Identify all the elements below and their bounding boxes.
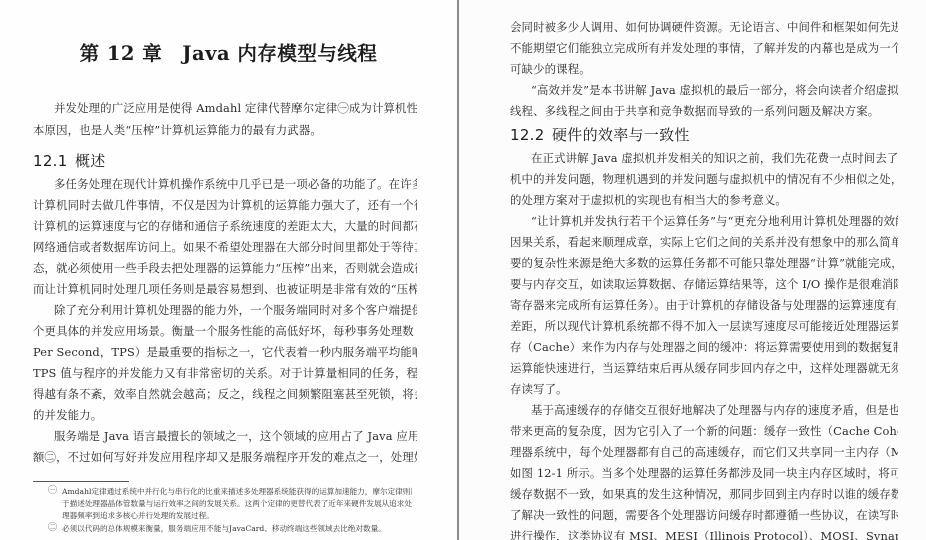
body-line: 额㊁，不过如何写好并发应用程序却又是服务端程序开发的难点之一，处理好并发方面的问 <box>33 450 417 464</box>
body-line: Per Second，TPS）是最重要的指标之一，它代表着一秒内服务端平均能响应… <box>33 345 417 359</box>
body-line: 寄存器来完成所有运算任务）。由于计算机的存储设备与处理器的运算速度有几个数量级的 <box>510 298 898 312</box>
body-line: 的并发能力。 <box>33 408 417 422</box>
body-line: 带来更高的复杂度，因为它引入了一个新的问题：缓存一致性（Cache Cohere… <box>510 424 898 438</box>
body-line: 服务端是 Java 语言最擅长的领域之一，这个领域的应用占了 Java 应用中最… <box>33 429 417 443</box>
body-line: 机中的并发问题，物理机遇到的并发问题与虚拟机中的情况有不少相似之处，物理机对并发 <box>510 172 898 186</box>
section-number: 12.2 <box>510 126 552 144</box>
chapter-title: 第 12 章 Java 内存模型与线程 <box>0 38 457 66</box>
section-number: 12.1 <box>33 152 75 170</box>
body-line: 基于高速缓存的存储交互很好地解决了处理器与内存的速度矛盾，但是也为计算机系统 <box>510 403 898 417</box>
body-line: 多任务处理在现代计算机操作系统中几乎已是一项必备的功能了。在许多情况下，让 <box>33 177 417 191</box>
body-line: 得越有条不紊，效率自然就会越高；反之，线程之间频繁阻塞甚至死锁，将会大大降低程序 <box>33 387 417 401</box>
footnote-marker-2-icon: ㊁ <box>48 524 57 533</box>
body-line: 理器系统中，每个处理器都有自己的高速缓存，而它们又共享同一主内存（Main Me… <box>510 445 898 459</box>
body-line: 计算机的运算速度与它的存储和通信子系统速度的差距太大，大量的时间都花费在磁盘 I… <box>33 219 417 233</box>
body-line: 了解决一致性的问题，需要各个处理器访问缓存时都遵循一些协议，在读写时要根据协议来 <box>510 508 898 522</box>
body-line: 不能期望它们能独立完成所有并发处理的事情，了解并发的内幕也是成为一个高级程序员不 <box>510 41 898 55</box>
body-line: 因果关系，看起来顺理成章，实际上它们之间的关系并没有想象中的那么简单，其中一个重 <box>510 235 898 249</box>
body-line: 态，就必须使用一些手段去把处理器的运算能力“压榨”出来，否则就会造成很大的浪费， <box>33 261 417 275</box>
body-line: 个更具体的并发应用场景。衡量一个服务性能的高低好坏，每秒事务处理数（Transa… <box>33 324 417 338</box>
section-heading-12-2: 12.2硬件的效率与一致性 <box>510 124 690 145</box>
body-line: 网络通信或者数据库访问上。如果不希望处理器在大部分时间里都处于等待其他资源的状 <box>33 240 417 254</box>
body-line: 差距，所以现代计算机系统都不得不加入一层读写速度尽可能接近处理器运算速度的高速缓 <box>510 319 898 333</box>
body-line: 的处理方案对于虚拟机的实现也有相当大的参考意义。 <box>510 193 898 207</box>
left-page: 第 12 章 Java 内存模型与线程 并发处理的广泛应用是使得 Amdahl … <box>0 0 457 540</box>
footnote-marker-1-icon: ㊀ <box>48 487 57 496</box>
footnote-rule <box>33 481 129 482</box>
intro-line: 并发处理的广泛应用是使得 Amdahl 定律代替摩尔定律㊀成为计算机性能发展源动… <box>33 101 417 115</box>
body-line: 缓存数据不一致，如果真的发生这种情况，那同步回到主内存时以谁的缓存数据为准呢？为 <box>510 487 898 501</box>
body-line: 如图 12-1 所示。当多个处理器的运算任务都涉及同一块主内存区域时，将可能导致… <box>510 466 898 480</box>
body-line: 线程、多线程之间由于共享和竞争数据而导致的一系列问题及解决方案。 <box>510 104 898 118</box>
body-line: 进行操作，这类协议有 MSI、MESI（Illinois Protocol）、M… <box>510 529 898 540</box>
right-page <box>459 0 926 540</box>
body-line: 要的复杂性来源是绝大多数的运算任务都不可能只靠处理器“计算”就能完成，处理器至少 <box>510 256 898 270</box>
body-line: 而让计算机同时处理几项任务则是最容易想到、也被证明是非常有效的“压榨”手段。 <box>33 282 417 296</box>
body-line: 计算机同时去做几件事情，不仅是因为计算机的运算能力强大了，还有一个很重要的原因是 <box>33 198 417 212</box>
body-line: “让计算机并发执行若干个运算任务”与“更充分地利用计算机处理器的效能”之间的 <box>510 214 898 228</box>
section-heading-12-1: 12.1概述 <box>33 150 106 171</box>
section-title: 硬件的效率与一致性 <box>552 126 690 144</box>
body-line: 存读写了。 <box>510 382 898 396</box>
intro-line: 本原因，也是人类“压榨”计算机运算能力的最有力武器。 <box>33 123 417 137</box>
footnote-line: 必须以代码的总体规模来衡量，服务端应用不能与JavaCard、移动终端这些领域去… <box>62 524 412 534</box>
footnote-line: 于描述处理器晶体管数量与运行效率之间的发展关系。这两个定律的更替代表了近年来硬件… <box>62 499 412 509</box>
footnote-line: 理器频率到追求多核心并行处理的发展过程。 <box>62 511 412 521</box>
body-line: 存（Cache）来作为内存与处理器之间的缓冲：将运算需要使用到的数据复制到缓存中… <box>510 340 898 354</box>
footnote-line: Amdahl定律通过系统中并行化与串行化的比重来描述多处理器系统能获得的运算加速… <box>62 487 412 497</box>
body-line: 会同时被多少人调用、如何协调硬件资源。无论语言、中间件和框架如何先进，开发人员都 <box>510 20 898 34</box>
body-line: “高效并发”是本书讲解 Java 虚拟机的最后一部分，将会向读者介绍虚拟机如何实… <box>510 83 898 97</box>
body-line: 要与内存交互，如读取运算数据、存储运算结果等，这个 I/O 操作是很难消除的（无… <box>510 277 898 291</box>
body-line: 除了充分利用计算机处理器的能力外，一个服务端同时对多个客户端提供服务则是另一 <box>33 303 417 317</box>
body-line: TPS 值与程序的并发能力又有非常密切的关系。对于计算量相同的任务，程序线程并发… <box>33 366 417 380</box>
body-line: 可缺少的课程。 <box>510 62 898 76</box>
section-title: 概述 <box>75 152 106 170</box>
body-line: 在正式讲解 Java 虚拟机并发相关的知识之前，我们先花费一点时间去了解一下物理… <box>510 151 898 165</box>
body-line: 运算能快速进行，当运算结束后再从缓存同步回内存之中，这样处理器就无须等待缓慢的内 <box>510 361 898 375</box>
